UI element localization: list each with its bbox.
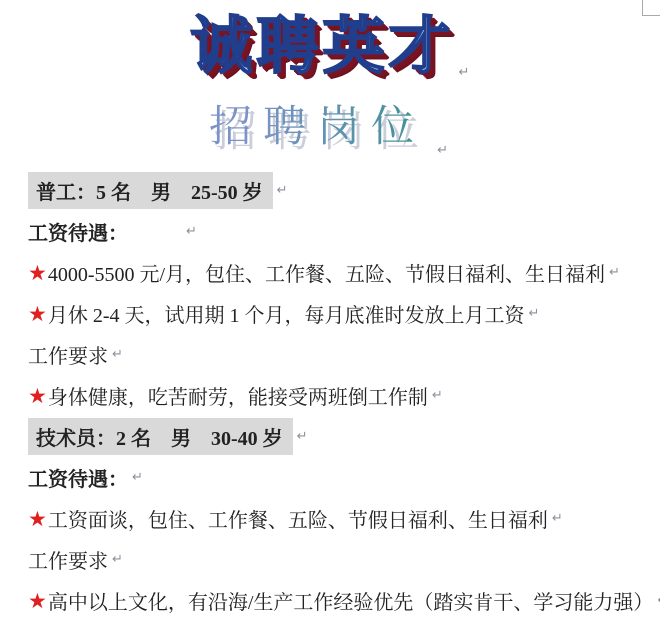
salary-heading-row: 工资待遇：↵ xyxy=(28,457,660,498)
paragraph-mark-icon: ↵ xyxy=(112,347,123,362)
paragraph-mark-icon: ↵ xyxy=(297,429,308,444)
requirement-heading-row: 工作要求↵ xyxy=(28,539,660,580)
star-bullet-icon: ★ xyxy=(28,589,47,613)
paragraph-mark-icon: ↵ xyxy=(186,224,197,239)
wordart-title: 诚聘英才 xyxy=(191,12,455,80)
document-body: 普工：5 名 男 25-50 岁↵ 工资待遇：↵ ★4000-5500 元/月，… xyxy=(0,170,660,621)
salary-heading: 工资待遇： xyxy=(28,463,128,492)
paragraph-mark-icon: ↵ xyxy=(552,511,563,526)
salary-item-row: ★月休 2-4 天，试用期 1 个月，每月底准时发放上月工资↵ xyxy=(28,293,660,334)
requirement-item-row: ★身体健康，吃苦耐劳，能接受两班倒工作制↵ xyxy=(28,375,660,416)
paragraph-mark-icon: ↵ xyxy=(529,306,540,321)
salary-heading-row: 工资待遇：↵ xyxy=(28,211,660,252)
wordart-subtitle: 招聘岗位 xyxy=(0,102,634,154)
job-header-row: 普工：5 名 男 25-50 岁↵ xyxy=(28,170,660,211)
requirement-item-row: ★高中以上文化，有沿海/生产工作经验优先（踏实肯干、学习能力强）↵ xyxy=(28,580,660,621)
text-boundary-corner-mark xyxy=(642,0,660,16)
salary-item: 月休 2-4 天，试用期 1 个月，每月底准时发放上月工资 xyxy=(48,299,525,328)
salary-item-row: ★工资面谈，包住、工作餐、五险、节假日福利、生日福利↵ xyxy=(28,498,660,539)
wordart-subtitle-block: 招聘岗位 招聘岗位 ↵ xyxy=(0,102,660,160)
wordart-title-block: 诚聘英才↵ xyxy=(0,0,660,100)
requirement-heading: 工作要求 xyxy=(28,340,108,369)
job-section-jishuyuan: 技术员：2 名 男 30-40 岁↵ 工资待遇：↵ ★工资面谈，包住、工作餐、五… xyxy=(28,416,660,621)
salary-heading: 工资待遇： xyxy=(28,217,128,246)
paragraph-mark-icon: ↵ xyxy=(277,183,288,198)
paragraph-mark-icon: ↵ xyxy=(609,265,620,280)
star-bullet-icon: ★ xyxy=(28,302,47,326)
paragraph-mark-icon: ↵ xyxy=(112,552,123,567)
requirement-item: 身体健康，吃苦耐劳，能接受两班倒工作制 xyxy=(48,381,428,410)
star-bullet-icon: ★ xyxy=(28,507,47,531)
job-section-putong: 普工：5 名 男 25-50 岁↵ 工资待遇：↵ ★4000-5500 元/月，… xyxy=(28,170,660,416)
job-header: 技术员：2 名 男 30-40 岁 xyxy=(28,418,293,455)
salary-item: 4000-5500 元/月，包住、工作餐、五险、节假日福利、生日福利 xyxy=(48,258,605,287)
paragraph-mark-icon: ↵ xyxy=(437,143,448,158)
star-bullet-icon: ★ xyxy=(28,261,47,285)
paragraph-mark-icon: ↵ xyxy=(459,65,470,80)
paragraph-mark-icon: ↵ xyxy=(132,470,143,485)
job-header-row: 技术员：2 名 男 30-40 岁↵ xyxy=(28,416,660,457)
star-bullet-icon: ★ xyxy=(28,384,47,408)
job-header: 普工：5 名 男 25-50 岁 xyxy=(28,172,273,209)
requirement-heading-row: 工作要求↵ xyxy=(28,334,660,375)
salary-item: 工资面谈，包住、工作餐、五险、节假日福利、生日福利 xyxy=(48,504,548,533)
requirement-item: 高中以上文化，有沿海/生产工作经验优先（踏实肯干、学习能力强） xyxy=(48,586,654,615)
salary-item-row: ★4000-5500 元/月，包住、工作餐、五险、节假日福利、生日福利↵ xyxy=(28,252,660,293)
paragraph-mark-icon: ↵ xyxy=(432,388,443,403)
requirement-heading: 工作要求 xyxy=(28,545,108,574)
